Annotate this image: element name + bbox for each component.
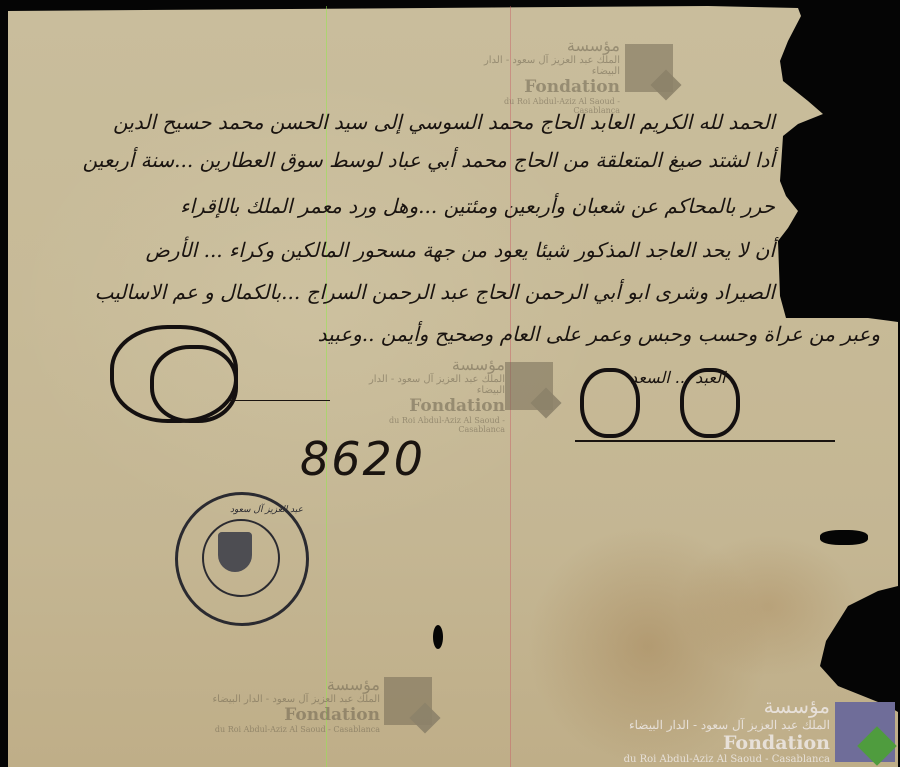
- body-line: أن لا يحد العاجد المذكور شيئا يعود من جه…: [146, 238, 775, 262]
- watermark-arabic-name: مؤسسة: [210, 675, 380, 694]
- watermark-arabic-name: مؤسسة: [455, 36, 620, 55]
- signature-right-text: العبد ... السعد: [630, 368, 725, 387]
- ink-spot: [820, 530, 868, 545]
- watermark-arabic-subtitle: الملك عبد العزيز آل سعود - الدار البيضاء: [615, 718, 830, 732]
- foundation-logo-icon: [505, 362, 553, 410]
- watermark-middle: مؤسسة الملك عبد العزيز آل سعود - الدار ا…: [340, 355, 505, 434]
- body-line: حرر بالمحاكم عن شعبان وأربعين ومئتين ...…: [180, 194, 775, 218]
- watermark-title: Fondation: [615, 732, 830, 754]
- signature-underline-left: [230, 400, 330, 401]
- watermark-title: Fondation: [210, 705, 380, 725]
- watermark-top: مؤسسة الملك عبد العزيز آل سعود - الدار ا…: [455, 36, 620, 115]
- foundation-logo-icon: [384, 677, 432, 725]
- watermark-arabic-subtitle: الملك عبد العزيز آل سعود - الدار البيضاء: [210, 694, 380, 705]
- foundation-logo-icon: [625, 44, 673, 92]
- watermark-arabic-subtitle: الملك عبد العزيز آل سعود - الدار البيضاء: [340, 374, 505, 396]
- seal-text: عبد العزيز آل سعود: [230, 505, 303, 515]
- watermark-title: Fondation: [340, 396, 505, 416]
- signature-underline: [575, 440, 835, 442]
- watermark-brand: مؤسسة الملك عبد العزيز آل سعود - الدار ا…: [615, 694, 830, 765]
- ink-spot: [433, 625, 443, 649]
- seal-emblem-icon: [218, 532, 252, 572]
- document-viewer: مؤسسة الملك عبد العزيز آل سعود - الدار ا…: [0, 0, 900, 767]
- body-line: الصيراد وشرى ابو أبي الرحمن الحاج عبد ال…: [95, 280, 775, 304]
- foundation-brand-logo-icon: [835, 702, 895, 762]
- watermark-arabic-subtitle: الملك عبد العزيز آل سعود - الدار البيضاء: [455, 55, 620, 77]
- body-line: وعبر من عراة وحسب وحبس وعمر على العام وص…: [318, 322, 880, 346]
- reference-number: 8620: [300, 432, 425, 486]
- watermark-arabic-name: مؤسسة: [615, 694, 830, 718]
- body-line: الحمد لله الكريم العابد الحاج محمد السوس…: [113, 110, 775, 134]
- watermark-subtitle: du Roi Abdul-Aziz Al Saoud - Casablanca: [210, 725, 380, 734]
- body-line: أدا لشتد صيغ المتعلقة من الحاج محمد أبي …: [83, 148, 775, 172]
- watermark-bottom: مؤسسة الملك عبد العزيز آل سعود - الدار ا…: [210, 675, 380, 734]
- watermark-subtitle: du Roi Abdul-Aziz Al Saoud - Casablanca: [615, 754, 830, 765]
- watermark-title: Fondation: [455, 77, 620, 97]
- watermark-arabic-name: مؤسسة: [340, 355, 505, 374]
- signature-scribble-left-2: [150, 345, 238, 423]
